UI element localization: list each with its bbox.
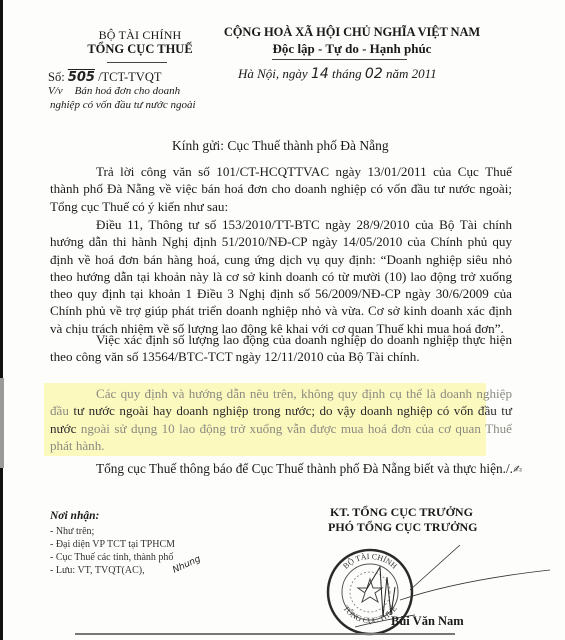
doc-number-suffix: /TCT-TVQT [98, 70, 161, 84]
signature-title-1: KT. TỔNG CỤC TRƯỞNG [330, 505, 473, 520]
salutation: Kính gửi: Cục Thuế thành phố Đà Nẵng [172, 138, 389, 154]
document-number: Số: 505 /TCT-TVQT [48, 70, 162, 85]
header-right-divider [272, 59, 407, 60]
paragraph-5-text: Tổng cục Thuế thông báo để Cục Thuế thàn… [96, 461, 513, 476]
department-name: TỔNG CỤC THUẾ [70, 42, 210, 57]
signer-name: Bùi Văn Nam [391, 614, 464, 629]
doc-number-handwritten: 505 [68, 70, 95, 85]
scan-edge [0, 0, 3, 640]
paragraph-1: Trả lời công văn số 101/CT-HCQTTVAC ngày… [50, 163, 512, 215]
ministry-name: BỘ TÀI CHÍNH [70, 28, 210, 43]
place-prefix: Hà Nội, ngày [238, 66, 308, 81]
paragraph-1-text: Trả lời công văn số 101/CT-HCQTTVAC ngày… [50, 164, 512, 214]
paragraph-2-text: Điều 11, Thông tư số 153/2010/TT-BTC ngà… [50, 217, 512, 336]
paragraph-3: Việc xác định số lượng lao động của doan… [50, 331, 512, 366]
handwritten-mark-icon: ✍ [513, 463, 522, 476]
scan-edge-shadow [0, 378, 4, 468]
paragraph-3-text: Việc xác định số lượng lao động của doan… [50, 332, 512, 364]
initial-signature: Nhung [171, 554, 202, 576]
subject-label: V/v [48, 85, 63, 97]
signature-stroke-icon [400, 545, 560, 615]
subject-line-1: V/vBán hoá đơn cho doanh [48, 85, 180, 97]
paragraph-2: Điều 11, Thông tư số 153/2010/TT-BTC ngà… [50, 216, 512, 337]
republic-title: CỘNG HOÀ XÃ HỘI CHỦ NGHĨA VIỆT NAM [222, 25, 482, 40]
recipient-item: - Như trên; [50, 526, 94, 537]
recipient-item: - Đại diện VP TCT tại TPHCM [50, 539, 175, 550]
paragraph-4-highlighted: Các quy định và hướng dẫn nêu trên, khôn… [50, 385, 512, 454]
year-text: năm 2011 [386, 66, 437, 81]
subject-line-2: nghiệp có vốn đầu tư nước ngoài [50, 99, 196, 111]
month-label: tháng [332, 66, 362, 81]
recipients-title: Nơi nhận: [50, 510, 99, 522]
month-handwritten: 02 [365, 66, 383, 82]
bottom-scan-line [75, 633, 455, 635]
doc-number-prefix: Số: [48, 70, 65, 84]
paragraph-4-part-3: ngoài sử dụng 10 lao động trở xuống vẫn … [50, 421, 512, 453]
recipient-item: - Cục Thuế các tỉnh, thành phố [50, 552, 173, 563]
recipient-item: - Lưu: VT, TVQT(AC), [50, 565, 145, 576]
paragraph-5: Tổng cục Thuế thông báo để Cục Thuế thàn… [96, 461, 522, 477]
national-motto: Độc lập - Tự do - Hạnh phúc [222, 41, 482, 57]
header-left-divider [107, 62, 167, 63]
place-date: Hà Nội, ngày 14 tháng 02 năm 2011 [238, 66, 437, 82]
day-handwritten: 14 [311, 66, 329, 82]
signature-title-2: PHÓ TỔNG CỤC TRƯỞNG [328, 520, 477, 535]
subject-text-1: Bán hoá đơn cho doanh [75, 85, 180, 97]
